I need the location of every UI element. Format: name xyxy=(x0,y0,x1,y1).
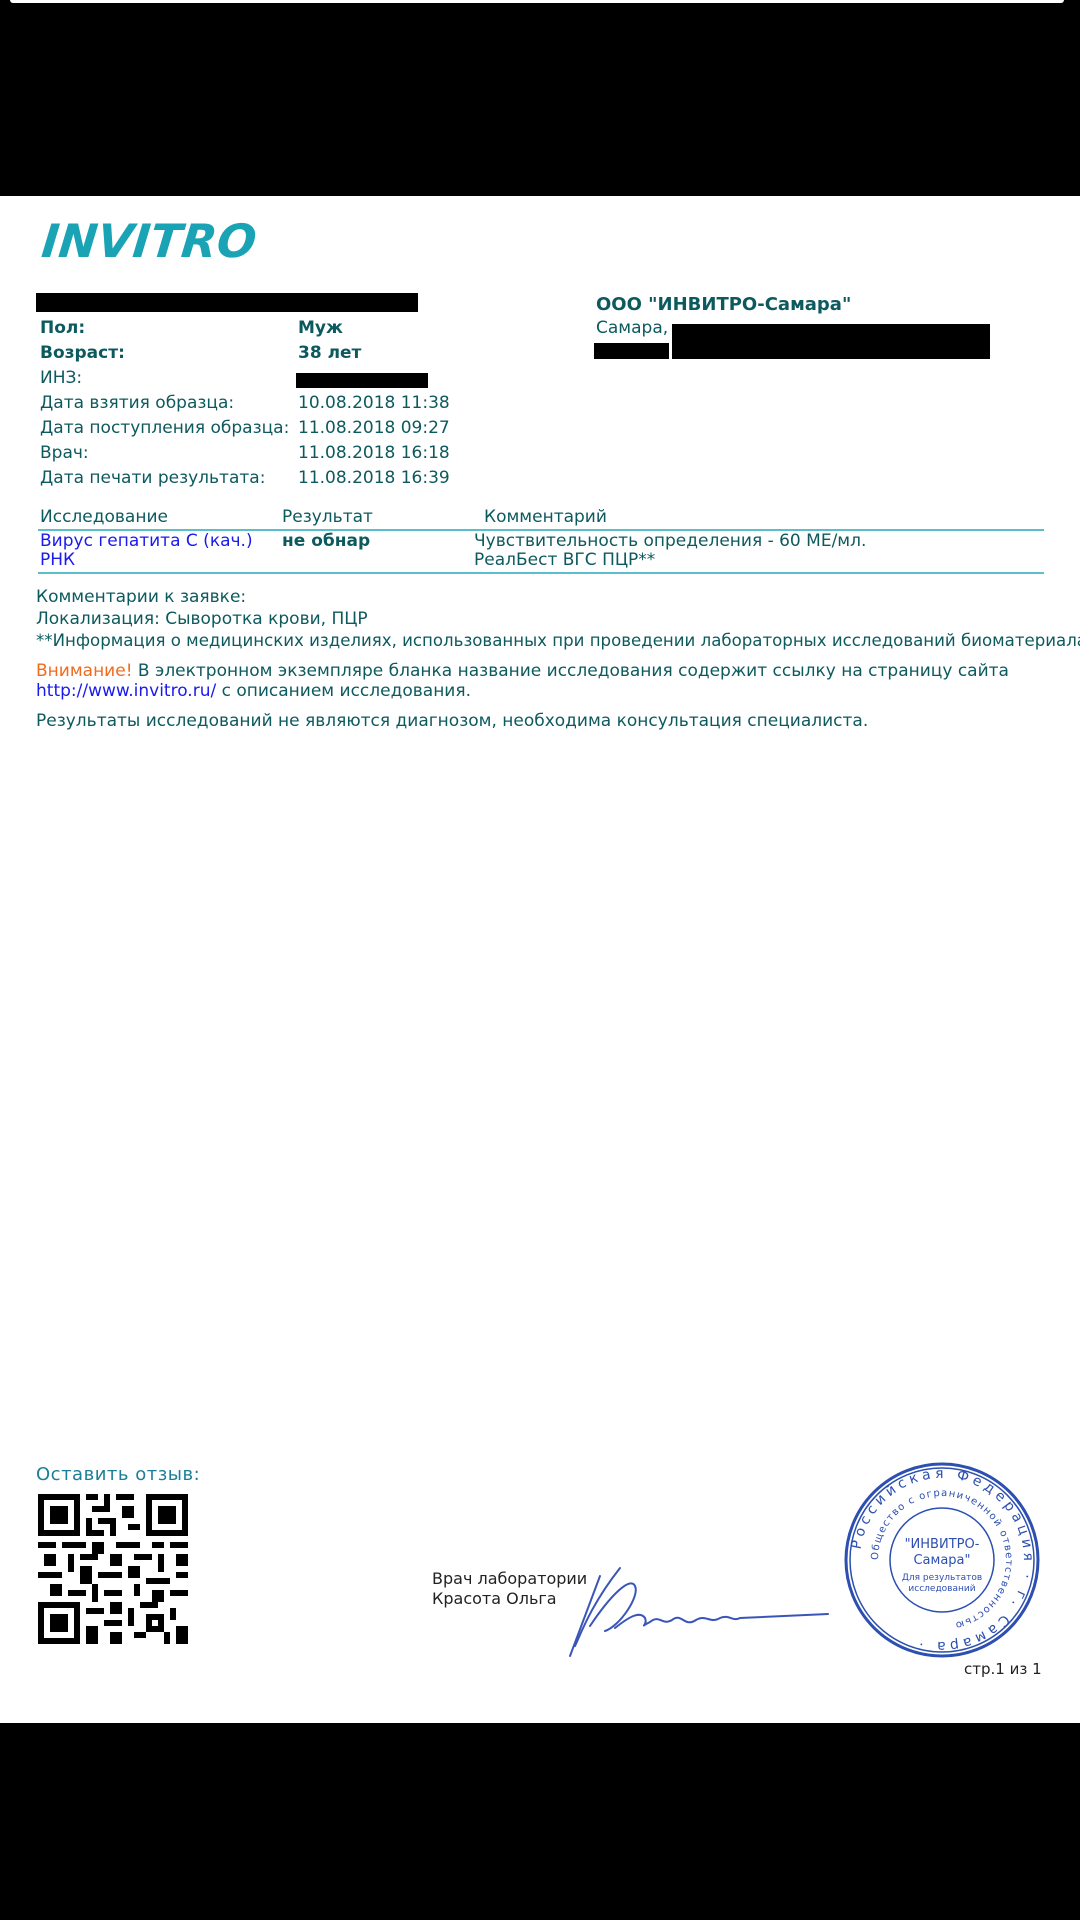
organization-address-redacted-2 xyxy=(594,343,669,359)
link-line: http://www.invitro.ru/ с описанием иссле… xyxy=(36,681,471,701)
disclaimer-text: Результаты исследований не являются диаг… xyxy=(36,711,868,731)
doctor-label: Врач: xyxy=(40,443,89,463)
footnote-text: **Информация о медицинских изделиях, исп… xyxy=(36,631,1080,650)
svg-text:"ИНВИТРО-: "ИНВИТРО- xyxy=(905,1537,980,1552)
svg-text:Для результатов: Для результатов xyxy=(902,1573,982,1583)
organization-name: ООО "ИНВИТРО-Самара" xyxy=(596,294,851,315)
localization-text: Локализация: Сыворотка крови, ПЦР xyxy=(36,609,368,629)
table-bottom-divider xyxy=(38,572,1044,574)
warning-text: В электронном экземпляре бланка название… xyxy=(133,661,1009,681)
svg-text:исследований: исследований xyxy=(908,1584,975,1594)
warning-label: Внимание! xyxy=(36,661,133,681)
link-suffix: с описанием исследования. xyxy=(216,681,471,701)
test-name-line2: РНК xyxy=(40,550,75,570)
top-edge xyxy=(10,0,1064,3)
comment-line1: Чувствительность определения - 60 МЕ/мл. xyxy=(474,531,866,551)
sample-received-label: Дата поступления образца: xyxy=(40,418,289,438)
test-name-line1: Вирус гепатита С (кач.) xyxy=(40,531,253,551)
warning-notice: Внимание! В электронном экземпляре бланк… xyxy=(36,661,1009,681)
doctor-value: 11.08.2018 16:18 xyxy=(298,443,450,463)
sample-taken-label: Дата взятия образца: xyxy=(40,393,234,413)
organization-address-redacted xyxy=(672,324,990,359)
sample-received-value: 11.08.2018 09:27 xyxy=(298,418,450,438)
svg-text:Самара": Самара" xyxy=(913,1553,970,1568)
result-comment: Чувствительность определения - 60 МЕ/мл.… xyxy=(474,532,866,570)
signature-icon xyxy=(560,1556,830,1666)
company-stamp-icon: Российская Федерация · г. Самара · Общес… xyxy=(842,1460,1042,1660)
qr-code-icon[interactable] xyxy=(38,1494,188,1644)
test-name-link[interactable]: Вирус гепатита С (кач.) РНК xyxy=(40,532,253,570)
col-header-comment: Комментарий xyxy=(484,507,607,527)
print-date-label: Дата печати результата: xyxy=(40,468,265,488)
print-date-value: 11.08.2018 16:39 xyxy=(298,468,450,488)
review-label: Оставить отзыв: xyxy=(36,1464,200,1485)
patient-name-redacted xyxy=(36,293,418,312)
inz-value-redacted xyxy=(296,373,428,388)
sample-taken-value: 10.08.2018 11:38 xyxy=(298,393,450,413)
age-value: 38 лет xyxy=(298,343,361,363)
inz-label: ИНЗ: xyxy=(40,368,82,388)
invitro-website-link[interactable]: http://www.invitro.ru/ xyxy=(36,681,216,701)
page-number: стр.1 из 1 xyxy=(964,1660,1042,1678)
lab-result-document: INVITRO Пол: Муж Возраст: 38 лет ИНЗ: Да… xyxy=(0,196,1080,1723)
col-header-test: Исследование xyxy=(40,507,168,527)
comments-title: Комментарии к заявке: xyxy=(36,587,246,607)
invitro-logo: INVITRO xyxy=(39,214,259,268)
sex-label: Пол: xyxy=(40,318,85,338)
age-label: Возраст: xyxy=(40,343,125,363)
comment-line2: РеалБест ВГС ПЦР** xyxy=(474,550,655,570)
sex-value: Муж xyxy=(298,318,343,338)
result-value: не обнар xyxy=(282,532,370,551)
organization-city: Самара, xyxy=(596,318,668,338)
col-header-result: Результат xyxy=(282,507,373,527)
doctor-name: Красота Ольга xyxy=(432,1589,557,1608)
